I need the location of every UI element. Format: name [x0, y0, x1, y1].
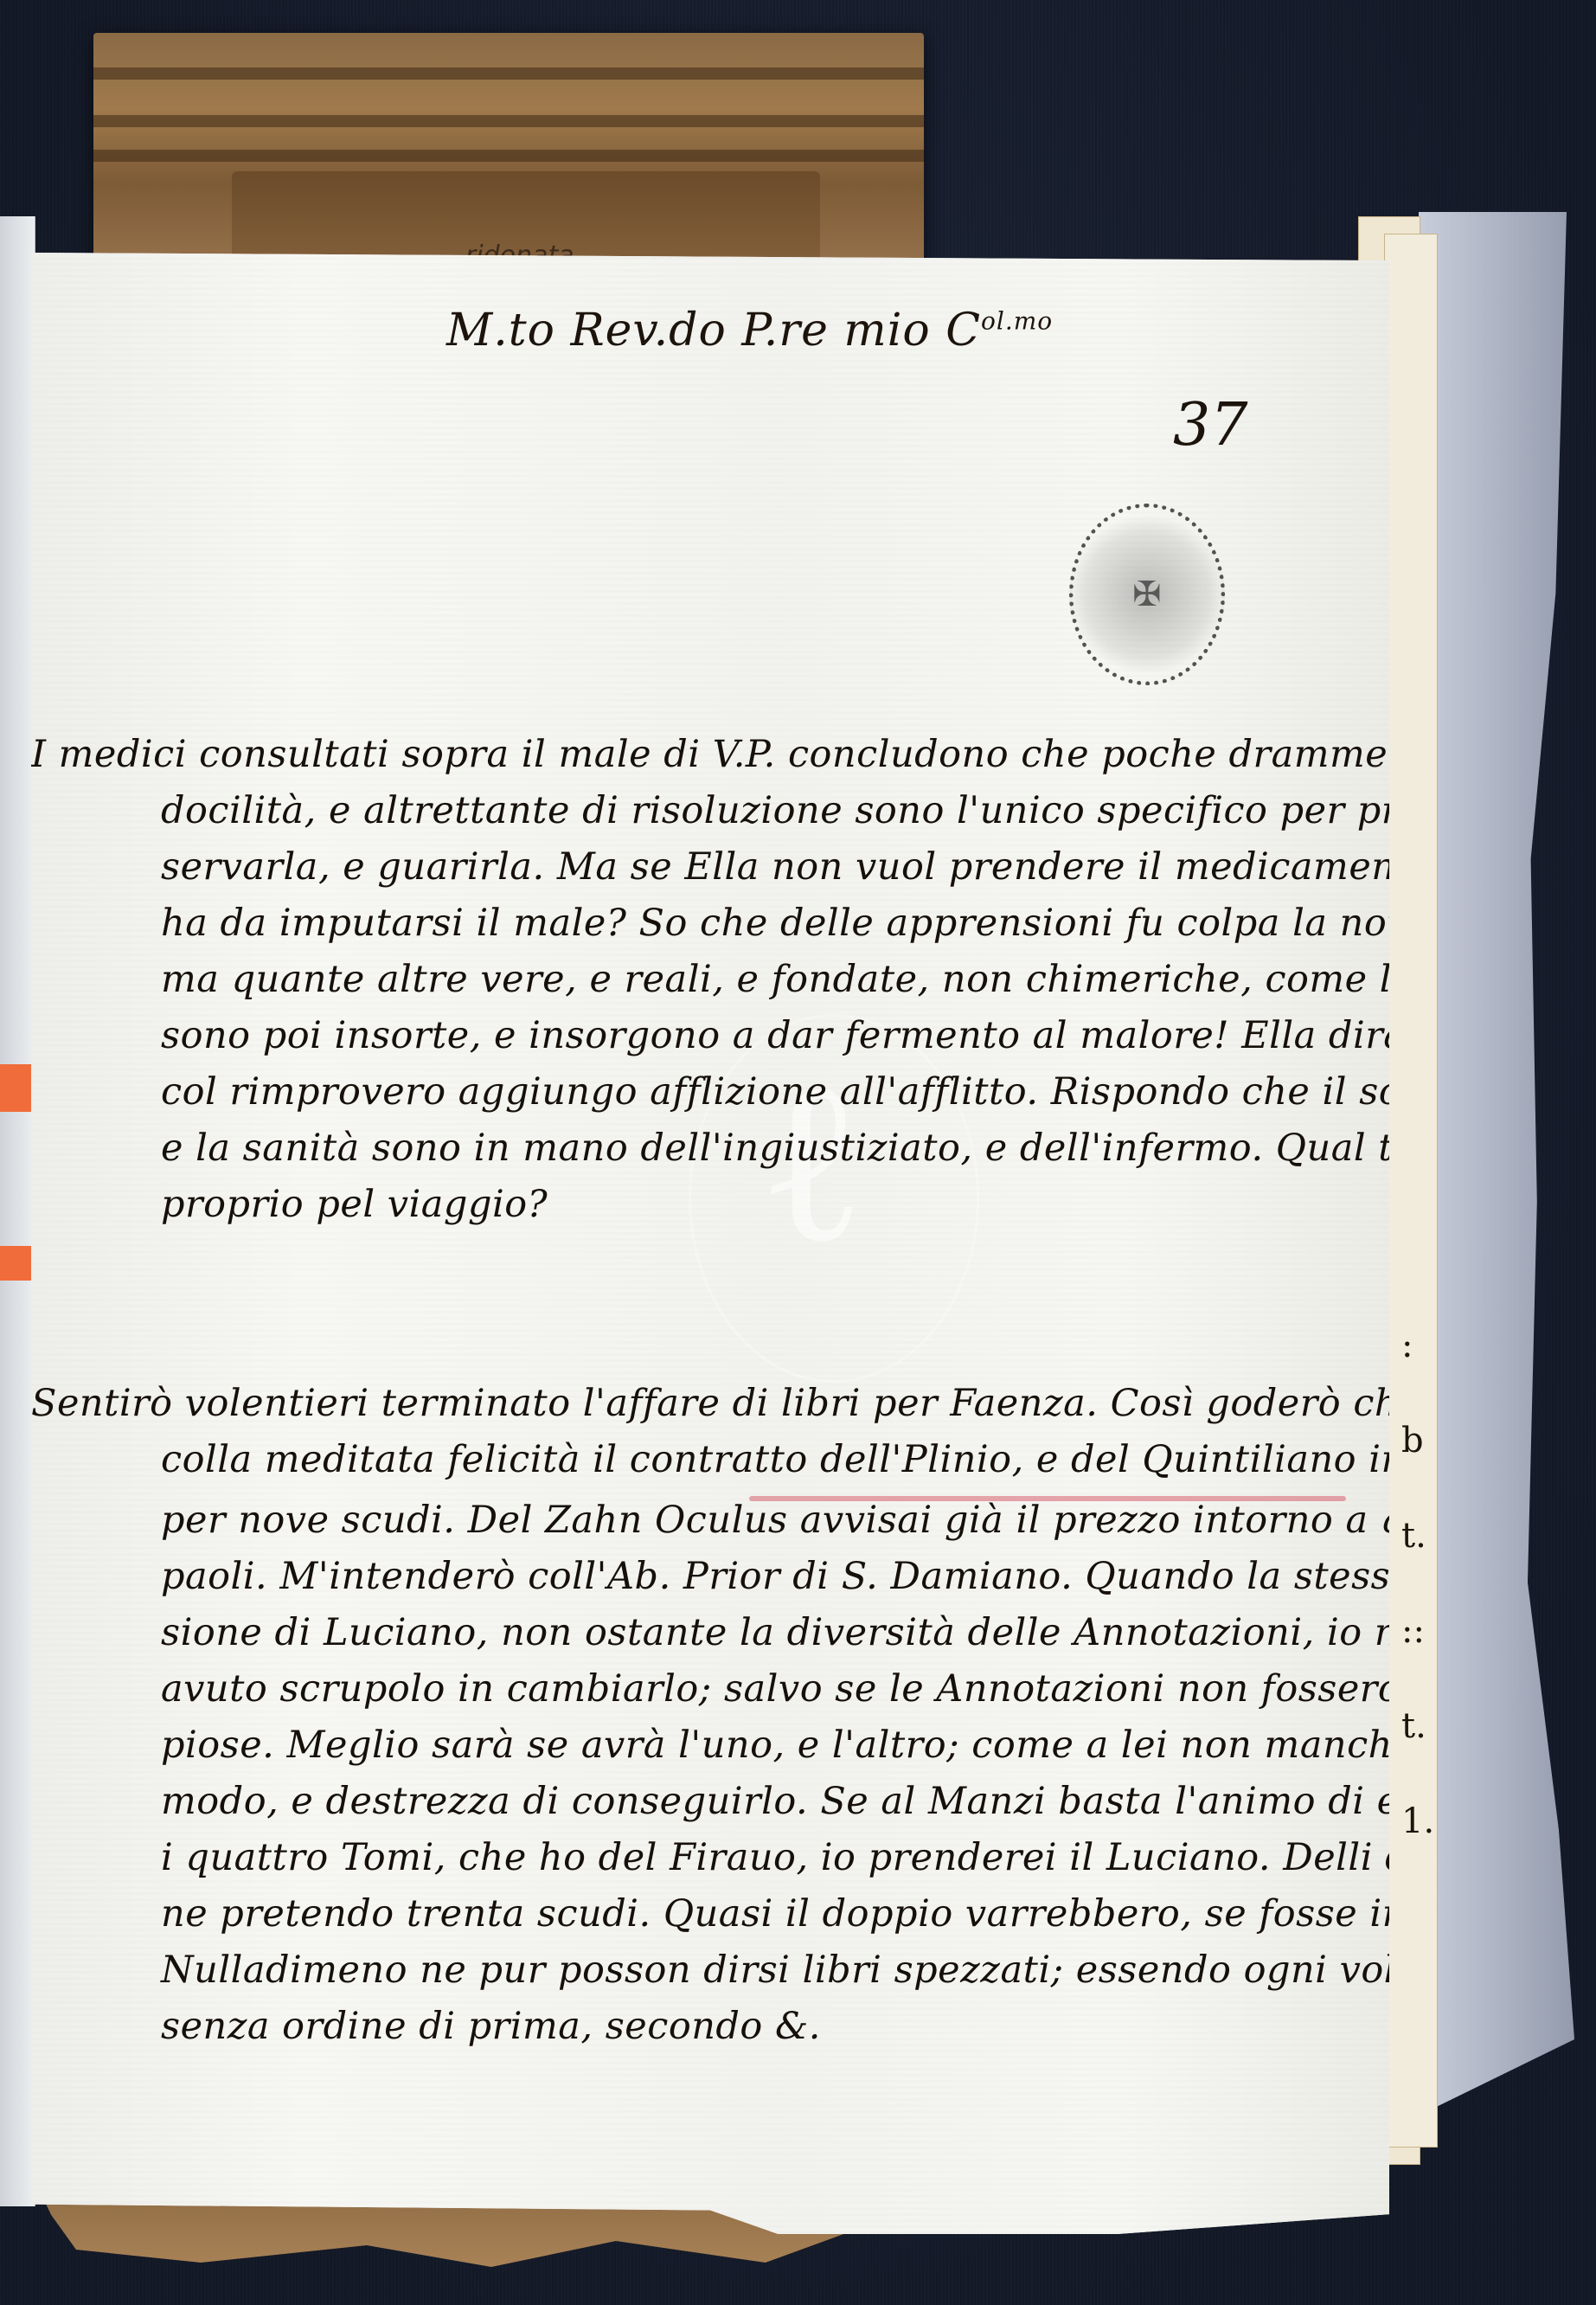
folio-number: 37	[1173, 391, 1248, 459]
salutation-text: M.to Rev.do P.re mio C	[446, 305, 981, 356]
text-line: col rimprovero aggiungo afflizione all'a…	[161, 1070, 1517, 1114]
text-line: ma quante altre vere, e reali, e fondate…	[161, 958, 1540, 1001]
text-line: Sentirò volentieri terminato l'affare di…	[31, 1382, 1596, 1425]
text-line: sione di Luciano, non ostante la diversi…	[161, 1611, 1555, 1654]
orange-tab-marker	[0, 1246, 35, 1281]
text-line: piose. Meglio sarà se avrà l'uno, e l'al…	[161, 1724, 1456, 1767]
salutation: M.to Rev.do P.re mio Col.mo	[446, 305, 1053, 356]
margin-mark: t.	[1401, 1679, 1434, 1774]
envelope-fold	[93, 67, 924, 80]
left-page-edge	[0, 216, 35, 2206]
margin-mark: ::	[1401, 1583, 1434, 1679]
text-line: servarla, e guarirla. Ma se Ella non vuo…	[161, 845, 1551, 889]
text-line: avuto scrupolo in cambiarlo; salvo se le…	[161, 1667, 1489, 1711]
envelope-fold	[93, 150, 924, 162]
margin-mark: b	[1401, 1393, 1434, 1488]
text-line: I medici consultati sopra il male di V.P…	[31, 733, 1437, 776]
text-line: Nulladimeno ne pur posson dirsi libri sp…	[161, 1949, 1596, 1992]
margin-mark: t.	[1401, 1488, 1434, 1583]
tissue-paper	[1419, 212, 1574, 2116]
text-line: sono poi insorte, e insorgono a dar ferm…	[161, 1014, 1486, 1057]
underlying-page-marks: : b t. :: t. 1.	[1401, 1298, 1434, 1869]
salutation-superscript: ol.mo	[981, 307, 1053, 336]
envelope-fold	[93, 115, 924, 127]
stamp-emblem-icon: ✠	[1132, 575, 1162, 614]
manuscript-page: M.to Rev.do P.re mio Col.mo 37 ✠ ℓ I med…	[31, 253, 1389, 2234]
envelope-stack: ridonata	[93, 33, 924, 284]
text-line: e la sanità sono in mano dell'ingiustizi…	[161, 1127, 1572, 1170]
text-line: proprio pel viaggio?	[161, 1183, 548, 1226]
text-line: i quattro Tomi, che ho del Firauo, io pr…	[161, 1836, 1596, 1879]
text-line: docilità, e altrettante di risoluzione s…	[161, 789, 1453, 832]
text-line: senza ordine di prima, secondo &.	[161, 2005, 821, 2048]
margin-mark: :	[1401, 1298, 1434, 1393]
text-line: ne pretendo trenta scudi. Quasi il doppi…	[161, 1892, 1596, 1936]
margin-mark: 1.	[1401, 1774, 1434, 1869]
orange-tab-marker	[0, 1064, 35, 1112]
text-line: per nove scudi. Del Zahn Oculus avvisai …	[161, 1499, 1554, 1542]
archival-stamp: ✠	[1069, 504, 1225, 685]
text-line: colla meditata felicità il contratto del…	[161, 1438, 1572, 1481]
text-line: modo, e destrezza di conseguirlo. Se al …	[161, 1780, 1509, 1823]
text-line: paoli. M'intenderò coll'Ab. Prior di S. …	[161, 1555, 1596, 1598]
text-line: ha da imputarsi il male? So che delle ap…	[161, 902, 1483, 945]
